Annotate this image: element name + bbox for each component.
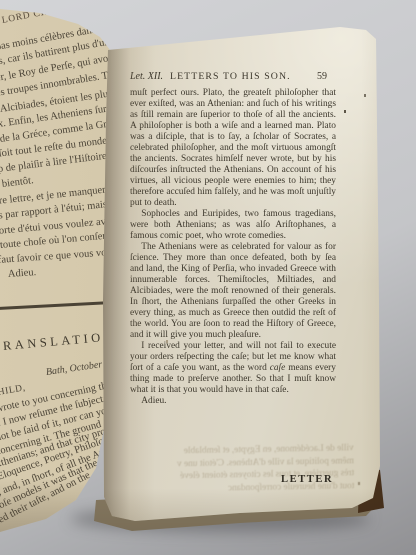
letter-body-text: muſt perfect ours. Plato, the greateſt p… <box>130 88 336 407</box>
italic-word-case: caſe <box>270 363 286 373</box>
closing-adieu: Adieu. <box>130 396 336 407</box>
section-divider-rule <box>0 301 116 310</box>
left-text-fragment: bientôt. <box>1 175 34 190</box>
left-running-header: LORD CHESTERFIELD'S <box>1 0 120 26</box>
catchword: LETTER <box>281 474 333 485</box>
paragraph: muſt perfect ours. Plato, the greateſt p… <box>130 88 336 209</box>
paragraph: I received your letter, and will not fai… <box>130 341 336 396</box>
salutation-fragment: HILD, <box>0 383 27 398</box>
page-number: 59 <box>317 71 327 82</box>
letter-number-label: Let. XII. <box>130 71 163 82</box>
book-photo: LORD CHESTERFIELD'S pas moins célèbres d… <box>0 0 416 555</box>
verso-show-through: ville de Lacédémone, en Egypte, et ſembl… <box>142 442 355 496</box>
running-title: LETTERS TO HIS SON. <box>170 71 291 82</box>
left-adieu: Adieu. <box>8 267 37 280</box>
paper-specks <box>344 110 346 113</box>
paragraph: Sophocles and Euripides, two famous trag… <box>130 209 336 242</box>
paragraph: The Athenians were as celebrated for val… <box>130 242 336 341</box>
